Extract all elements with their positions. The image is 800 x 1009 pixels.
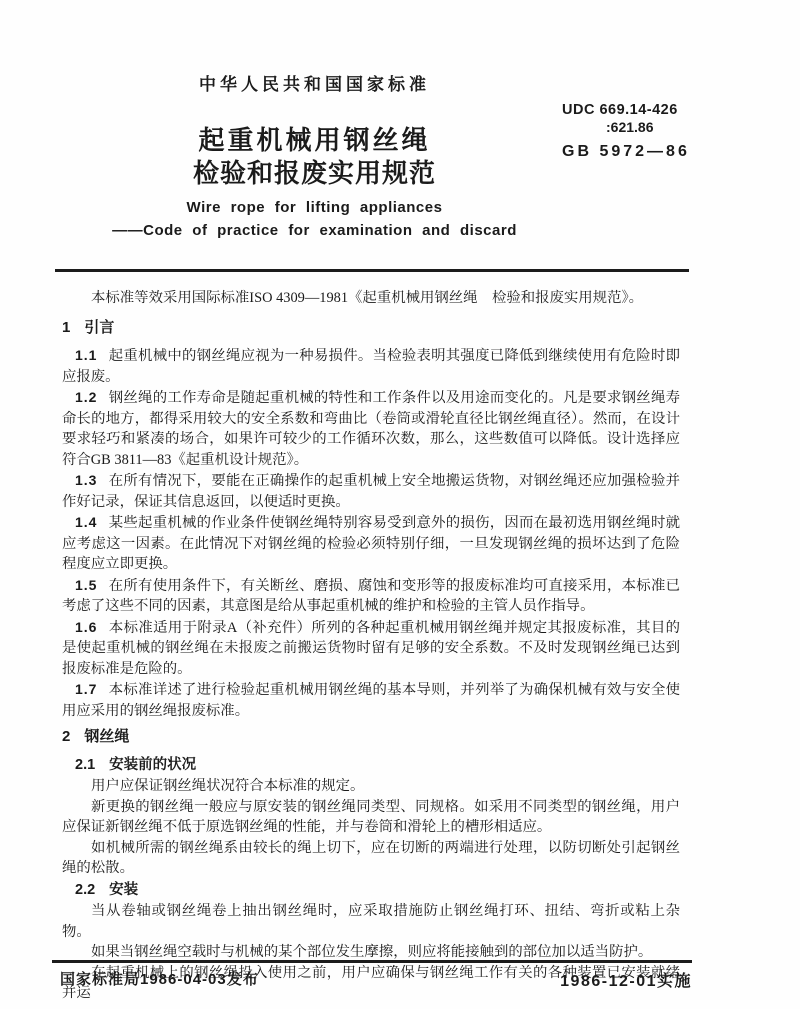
paragraph: 如机械所需的钢丝绳系由较长的绳上切下，应在切断的两端进行处理，以防切断处引起钢丝…	[62, 838, 680, 879]
clause-text: 在所有情况下，要能在正确操作的起重机械上安全地搬运货物，对钢丝绳还应加强检验并作…	[62, 473, 680, 510]
footer-rule	[52, 960, 692, 963]
doc-title-en-line2: ——Code of practice for examination and d…	[62, 222, 567, 239]
footer-issued-date: 国家标准局1986-04-03发布	[60, 968, 259, 991]
clause-number: 1.1	[75, 347, 97, 363]
clause-text: 起重机械中的钢丝绳应视为一种易损件。当检验表明其强度已降低到继续使用有危险时即应…	[62, 348, 680, 385]
clause-number: 1.7	[75, 681, 97, 697]
paragraph: 当从卷轴或钢丝绳卷上抽出钢丝绳时，应采取措施防止钢丝绳打环、扭结、弯折或粘上杂物…	[62, 901, 680, 942]
national-standard-label: 中华人民共和国国家标准	[62, 70, 567, 95]
clause-number: 1.2	[75, 389, 97, 405]
paragraph: 用户应保证钢丝绳状况符合本标准的规定。	[62, 776, 680, 797]
subsection-heading-2-1: 2.1安装前的状况	[75, 755, 680, 776]
section-number: 2	[62, 728, 70, 745]
clause-1-6: 1.6本标准适用于附录A（补充件）所列的各种起重机械用钢丝绳并规定其报废标准，其…	[62, 617, 680, 680]
udc-number-line2: :621.86	[606, 119, 653, 135]
subsection-heading-text: 安装前的状况	[109, 757, 196, 773]
clause-1-4: 1.4某些起重机械的作业条件使钢丝绳特别容易受到意外的损伤，因而在最初选用钢丝绳…	[62, 512, 680, 575]
section-heading-2: 2钢丝绳	[62, 727, 680, 748]
section-heading-1: 1引言	[62, 318, 680, 339]
clause-1-7: 1.7本标准详述了进行检验起重机械用钢丝绳的基本导则，并列举了为确保机械有效与安…	[62, 679, 680, 721]
clause-number: 1.6	[75, 619, 97, 635]
document-page: 中华人民共和国国家标准 UDC 669.14-426 :621.86 起重机械用…	[0, 0, 800, 1009]
subsection-heading-text: 安装	[109, 882, 138, 898]
clause-1-2: 1.2钢丝绳的工作寿命是随起重机械的特性和工作条件以及用途而变化的。凡是要求钢丝…	[62, 387, 680, 470]
doc-title-en-line1: Wire rope for lifting appliances	[62, 199, 567, 216]
doc-title-cn-line1: 起重机械用钢丝绳	[62, 120, 567, 157]
clause-text: 某些起重机械的作业条件使钢丝绳特别容易受到意外的损伤，因而在最初选用钢丝绳时就应…	[62, 515, 680, 572]
document-footer: 国家标准局1986-04-03发布 1986-12-01实施	[60, 968, 692, 991]
clause-number: 1.3	[75, 472, 97, 488]
clause-number: 1.4	[75, 514, 97, 530]
clause-1-5: 1.5在所有使用条件下，有关断丝、磨损、腐蚀和变形等的报废标准均可直接采用，本标…	[62, 575, 680, 617]
clause-text: 本标准详述了进行检验起重机械用钢丝绳的基本导则，并列举了为确保机械有效与安全使用…	[62, 682, 680, 719]
header-rule	[55, 269, 689, 272]
standard-number: GB 5972—86	[562, 143, 690, 161]
section-heading-text: 引言	[84, 319, 114, 336]
doc-title-cn-line2: 检验和报废实用规范	[62, 153, 567, 190]
clause-text: 在所有使用条件下，有关断丝、磨损、腐蚀和变形等的报废标准均可直接采用，本标准已考…	[62, 578, 680, 615]
document-body: 本标准等效采用国际标准ISO 4309—1981《起重机械用钢丝绳 检验和报废实…	[62, 288, 680, 1004]
clause-text: 钢丝绳的工作寿命是随起重机械的特性和工作条件以及用途而变化的。凡是要求钢丝绳寿命…	[62, 390, 680, 468]
subsection-number: 2.1	[75, 757, 95, 773]
udc-number-line1: UDC 669.14-426	[562, 102, 678, 118]
clause-1-3: 1.3在所有情况下，要能在正确操作的起重机械上安全地搬运货物，对钢丝绳还应加强检…	[62, 470, 680, 512]
section-heading-text: 钢丝绳	[84, 728, 129, 745]
clause-text: 本标准适用于附录A（补充件）所列的各种起重机械用钢丝绳并规定其报废标准，其目的是…	[62, 620, 680, 677]
clause-1-1: 1.1起重机械中的钢丝绳应视为一种易损件。当检验表明其强度已降低到继续使用有危险…	[62, 345, 680, 387]
section-number: 1	[62, 319, 70, 336]
intro-paragraph: 本标准等效采用国际标准ISO 4309—1981《起重机械用钢丝绳 检验和报废实…	[62, 288, 680, 309]
paragraph: 新更换的钢丝绳一般应与原安装的钢丝绳同类型、同规格。如采用不同类型的钢丝绳，用户…	[62, 797, 680, 838]
subsection-heading-2-2: 2.2安装	[75, 880, 680, 901]
footer-implementation-date: 1986-12-01实施	[560, 968, 692, 991]
subsection-number: 2.2	[75, 882, 95, 898]
document-header: 中华人民共和国国家标准 UDC 669.14-426 :621.86 起重机械用…	[62, 0, 680, 272]
page-content: 中华人民共和国国家标准 UDC 669.14-426 :621.86 起重机械用…	[62, 0, 680, 1009]
clause-number: 1.5	[75, 577, 97, 593]
